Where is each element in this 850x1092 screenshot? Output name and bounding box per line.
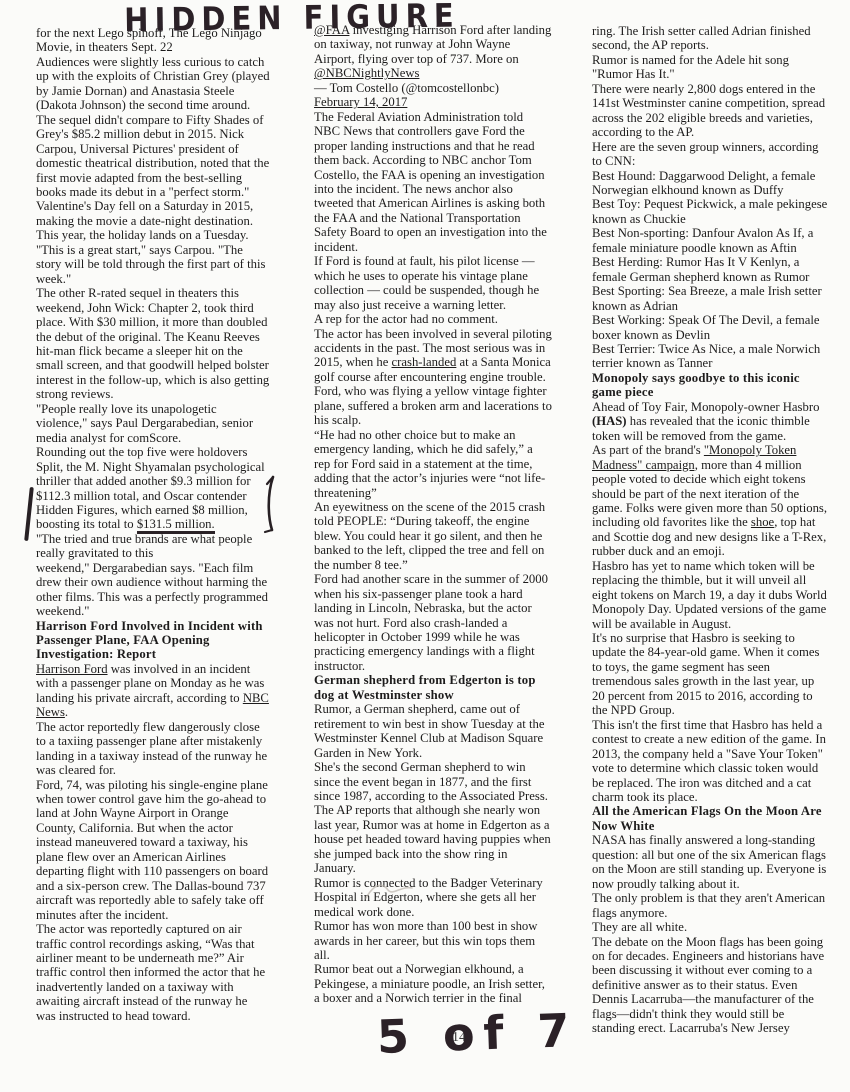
article-paragraph: If Ford is found at fault, his pilot lic… [314,254,552,312]
text-segment: This isn't the first time that Hasbro ha… [592,718,826,804]
text-segment: As part of the brand's [592,443,704,457]
article-paragraph: Best Herding: Rumor Has It V Kenlyn, a f… [592,255,828,284]
underlined-text: Harrison Ford [36,662,108,676]
text-segment: Best Toy: Pequest Pickwick, a male pekin… [592,197,827,225]
article-paragraph: An eyewitness on the scene of the 2015 c… [314,500,552,572]
pen-mark-left-margin [24,487,33,541]
text-segment: NASA has finally answered a long-standin… [592,833,826,890]
article-paragraph: Best Non-sporting: Danfour Avalon As If,… [592,226,828,255]
text-segment: Best Terrier: Twice As Nice, a male Norw… [592,342,820,370]
text-segment: Best Sporting: Sea Breeze, a male Irish … [592,284,822,312]
article-paragraph: They are all white. [592,920,828,934]
underlined-text: crash-landed [392,355,457,369]
article-paragraph: Rumor is connected to the Badger Veterin… [314,876,552,919]
article-paragraph: ring. The Irish setter called Adrian fin… [592,24,828,53]
text-segment: It's no surprise that Hasbro is seeking … [592,631,819,717]
text-segment: Hasbro has yet to name which token will … [592,559,827,631]
article-paragraph: Hasbro has yet to name which token will … [592,559,828,631]
text-segment: Rumor, a German shepherd, came out of re… [314,702,544,759]
article-heading: German shepherd from Edgerton is top dog… [314,673,552,702]
underlined-text: shoe [751,515,774,529]
text-segment: "The tried and true brands are what peop… [36,532,252,560]
article-paragraph: The actor reportedly flew dangerously cl… [36,720,270,778]
text-segment: ring. The Irish setter called Adrian fin… [592,24,811,52]
article-paragraph: The AP reports that although she nearly … [314,803,552,875]
article-paragraph: — Tom Costello (@tomcostellonbc) [314,81,552,95]
text-segment: (HAS) [592,414,627,428]
article-paragraph: Ahead of Toy Fair, Monopoly-owner Hasbro… [592,400,828,443]
article-paragraph: As part of the brand's "Monopoly Token M… [592,443,828,559]
text-segment: Best Herding: Rumor Has It V Kenlyn, a f… [592,255,809,283]
text-segment: Here are the seven group winners, accord… [592,140,819,168]
article-paragraph: Rumor, a German shepherd, came out of re… [314,702,552,760]
text-segment: All the American Flags On the Moon Are N… [592,804,822,832]
article-paragraph: This isn't the first time that Hasbro ha… [592,718,828,805]
text-segment: Ford had another scare in the summer of … [314,572,548,673]
article-paragraph: Best Working: Speak Of The Devil, a fema… [592,313,828,342]
underlined-text: @NBCNightlyNews [314,66,419,80]
article-heading: Harrison Ford Involved in Incident with … [36,619,270,662]
text-segment: If Ford is found at fault, his pilot lic… [314,254,539,311]
text-segment: The actor reportedly flew dangerously cl… [36,720,267,777]
article-paragraph: Rumor has won more than 100 best in show… [314,919,552,962]
article-paragraph: Rumor beat out a Norwegian elkhound, a P… [314,962,552,1005]
article-heading: All the American Flags On the Moon Are N… [592,804,828,833]
article-paragraph: Best Terrier: Twice As Nice, a male Norw… [592,342,828,371]
article-paragraph: Harrison Ford was involved in an inciden… [36,662,270,720]
text-segment: . [65,705,68,719]
article-paragraph: The actor has been involved in several p… [314,327,552,428]
article-paragraph: Ford had another scare in the summer of … [314,572,552,673]
article-paragraph: The Federal Aviation Administration told… [314,110,552,255]
text-segment: There were nearly 2,800 dogs entered in … [592,82,825,139]
article-paragraph: Here are the seven group winners, accord… [592,140,828,169]
text-segment: Monopoly says goodbye to this iconic gam… [592,371,800,399]
article-paragraph: It's no surprise that Hasbro is seeking … [592,631,828,718]
article-column-3: ring. The Irish setter called Adrian fin… [592,24,828,1036]
text-segment: “He had no other choice but to make an e… [314,428,545,500]
article-paragraph: NASA has finally answered a long-standin… [592,833,828,891]
text-segment: She's the second German shepherd to win … [314,760,548,803]
pen-mark-right-bracket [259,473,281,540]
document-page: for the next Lego spinoff, The Lego Ninj… [0,0,850,1092]
text-segment: Rumor has won more than 100 best in show… [314,919,537,962]
article-column-1: for the next Lego spinoff, The Lego Ninj… [36,26,270,1023]
text-segment: A rep for the actor had no comment. [314,312,498,326]
article-paragraph: Rounding out the top five were holdovers… [36,445,270,532]
article-paragraph: She's the second German shepherd to win … [314,760,552,803]
text-segment: Best Working: Speak Of The Devil, a fema… [592,313,820,341]
text-segment: weekend," Dergarabedian says. "Each film… [36,561,268,618]
article-paragraph: Best Hound: Daggarwood Delight, a female… [592,169,828,198]
handwritten-page-number: 5 of 7 [376,1003,579,1064]
article-paragraph: The debate on the Moon flags has been go… [592,935,828,1036]
text-segment: The Federal Aviation Administration told… [314,110,547,254]
handwritten-title-annotation: HIDDEN FIGURE [124,0,460,39]
pencil-scribble-mark [362,878,416,909]
text-segment: — Tom Costello (@tomcostellonbc) [314,81,499,95]
text-segment: Audiences were slightly less curious to … [36,55,270,286]
article-paragraph: "The tried and true brands are what peop… [36,532,270,619]
article-paragraph: “He had no other choice but to make an e… [314,428,552,500]
text-segment: An eyewitness on the scene of the 2015 c… [314,500,545,572]
text-segment: Best Hound: Daggarwood Delight, a female… [592,169,815,197]
article-paragraph: The other R-rated sequel in theaters thi… [36,286,270,402]
text-segment: Ahead of Toy Fair, Monopoly-owner Hasbro [592,400,819,414]
text-segment: They are all white. [592,920,687,934]
text-segment: Best Non-sporting: Danfour Avalon As If,… [592,226,813,254]
article-paragraph: A rep for the actor had no comment. [314,312,552,326]
article-paragraph: Audiences were slightly less curious to … [36,55,270,286]
article-paragraph: The only problem is that they aren't Ame… [592,891,828,920]
text-segment: Rumor beat out a Norwegian elkhound, a P… [314,962,545,1005]
article-paragraph: There were nearly 2,800 dogs entered in … [592,82,828,140]
text-segment: The AP reports that although she nearly … [314,803,551,875]
text-segment: "People really love its unapologetic vio… [36,402,253,445]
article-paragraph: Ford, 74, was piloting his single-engine… [36,778,270,923]
text-segment: The debate on the Moon flags has been go… [592,935,824,1036]
text-segment: The other R-rated sequel in theaters thi… [36,286,269,401]
text-segment: German shepherd from Edgerton is top dog… [314,673,536,701]
article-paragraph: The actor was reportedly captured on air… [36,922,270,1023]
underlined-text: February 14, 2017 [314,95,407,109]
text-segment: Ford, 74, was piloting his single-engine… [36,778,268,922]
text-segment: Harrison Ford Involved in Incident with … [36,619,263,662]
article-paragraph: February 14, 2017 [314,95,552,109]
article-paragraph: Rumor is named for the Adele hit song "R… [592,53,828,82]
article-paragraph: "People really love its unapologetic vio… [36,402,270,445]
article-paragraph: Best Toy: Pequest Pickwick, a male pekin… [592,197,828,226]
text-segment: The actor was reportedly captured on air… [36,922,265,1023]
text-segment: The only problem is that they aren't Ame… [592,891,825,919]
text-segment: Rumor is named for the Adele hit song "R… [592,53,789,81]
article-heading: Monopoly says goodbye to this iconic gam… [592,371,828,400]
article-paragraph: Best Sporting: Sea Breeze, a male Irish … [592,284,828,313]
article-column-2: @FAA investiging Harrison Ford after lan… [314,23,552,1006]
text-segment: Rumor is connected to the Badger Veterin… [314,876,543,919]
